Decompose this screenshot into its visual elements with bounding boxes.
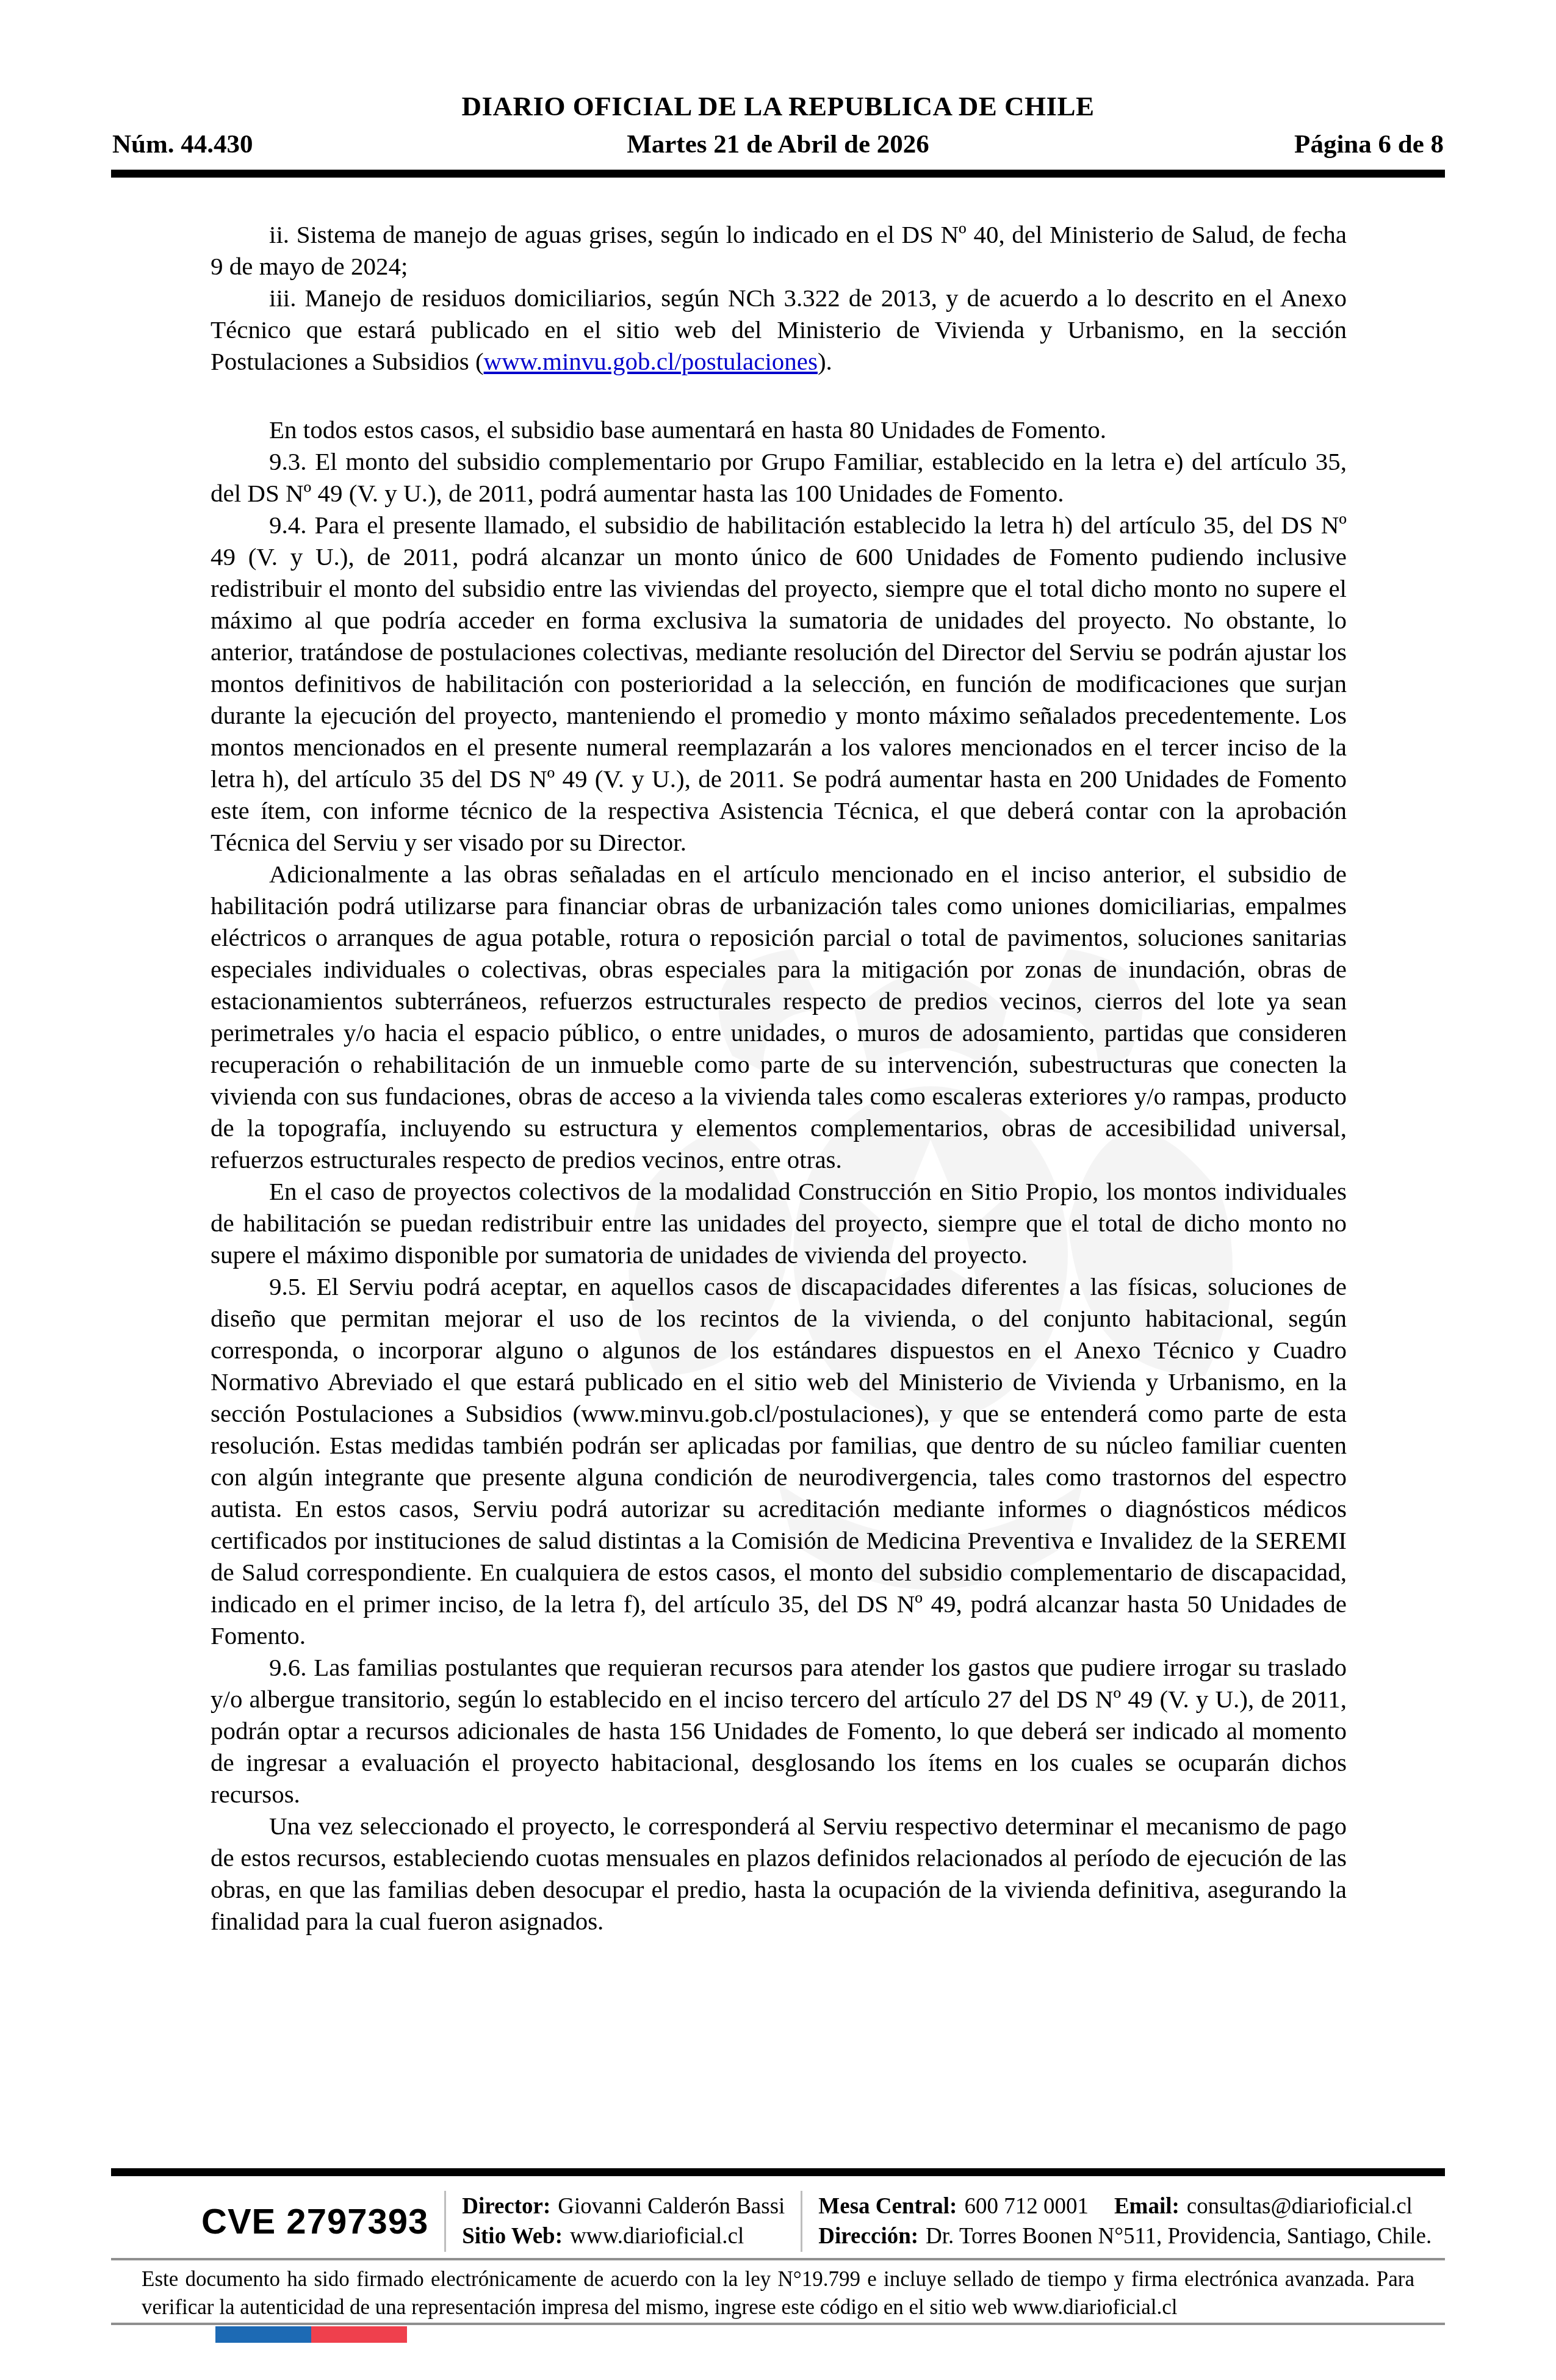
website-label: Sitio Web: <box>462 2224 563 2249</box>
address-line: Dirección:Dr. Torres Boonen N°511, Provi… <box>818 2221 1432 2251</box>
paragraph: 9.3. El monto del subsidio complementari… <box>211 445 1347 509</box>
footer-divider <box>801 2191 802 2252</box>
paragraph: ii. Sistema de manejo de aguas grises, s… <box>211 218 1347 282</box>
page-number: Página 6 de 8 <box>1294 129 1444 159</box>
chile-flag-mark <box>215 2326 407 2343</box>
disclaimer-bottom-rule <box>111 2323 1445 2325</box>
footer-contact-block: Mesa Central:600 712 0001Email:consultas… <box>818 2191 1432 2251</box>
footer-director-block: Director:Giovanni Calderón Bassi Sitio W… <box>462 2191 785 2251</box>
phone-email-line: Mesa Central:600 712 0001Email:consultas… <box>818 2191 1432 2221</box>
minvu-link[interactable]: www.minvu.gob.cl/postulaciones <box>484 347 818 375</box>
flag-blue-bar <box>215 2326 311 2343</box>
director-name: Giovanni Calderón Bassi <box>558 2194 785 2219</box>
paragraph: 9.5. El Serviu podrá aceptar, en aquello… <box>211 1271 1347 1651</box>
cve-code: CVE 2797393 <box>201 2201 428 2242</box>
paragraph: Adicionalmente a las obras señaladas en … <box>211 858 1347 1175</box>
publication-title: DIARIO OFICIAL DE LA REPUBLICA DE CHILE <box>0 90 1556 122</box>
document-body: ii. Sistema de manejo de aguas grises, s… <box>211 218 1347 1937</box>
phone-number: 600 712 0001 <box>964 2194 1089 2219</box>
signature-disclaimer: Este documento ha sido firmado electróni… <box>142 2265 1414 2321</box>
address-value: Dr. Torres Boonen N°511, Providencia, Sa… <box>926 2224 1432 2249</box>
paragraph-text: ). <box>818 347 832 375</box>
phone-label: Mesa Central: <box>818 2194 957 2219</box>
email-address[interactable]: consultas@diarioficial.cl <box>1187 2194 1413 2219</box>
paragraph: iii. Manejo de residuos domiciliarios, s… <box>211 282 1347 377</box>
flag-red-bar <box>311 2326 407 2343</box>
paragraph: 9.6. Las familias postulantes que requie… <box>211 1651 1347 1810</box>
director-label: Director: <box>462 2194 550 2219</box>
paragraph: En todos estos casos, el subsidio base a… <box>211 414 1347 445</box>
address-label: Dirección: <box>818 2224 918 2249</box>
paragraph: En el caso de proyectos colectivos de la… <box>211 1175 1347 1271</box>
disclaimer-top-rule <box>111 2258 1445 2260</box>
paragraph: 9.4. Para el presente llamado, el subsid… <box>211 509 1347 858</box>
footer-rule <box>111 2168 1445 2176</box>
director-line: Director:Giovanni Calderón Bassi <box>462 2191 785 2221</box>
footer-divider <box>444 2191 446 2252</box>
header-rule <box>111 170 1445 178</box>
website-line: Sitio Web:www.diarioficial.cl <box>462 2221 785 2251</box>
document-page: DIARIO OFICIAL DE LA REPUBLICA DE CHILE … <box>0 0 1556 2380</box>
paragraph: Una vez seleccionado el proyecto, le cor… <box>211 1810 1347 1937</box>
email-label: Email: <box>1114 2194 1180 2219</box>
footer-info-bar: CVE 2797393 Director:Giovanni Calderón B… <box>201 2186 1440 2257</box>
website-url[interactable]: www.diarioficial.cl <box>570 2224 744 2249</box>
